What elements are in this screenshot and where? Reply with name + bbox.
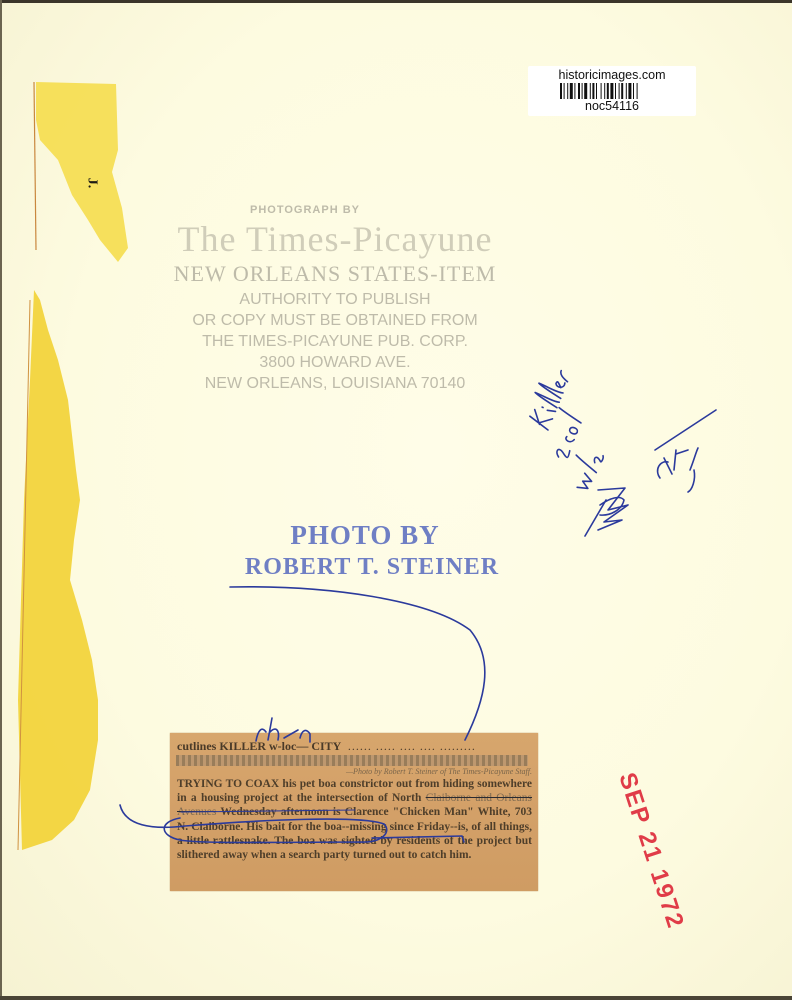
label-site: historicimages.com xyxy=(528,68,696,82)
photographer-stamp-label: PHOTO BY xyxy=(210,520,520,550)
handwriting-initials xyxy=(585,488,628,536)
yellow-tape-residue xyxy=(0,0,160,1000)
handwriting-city xyxy=(655,410,716,492)
archive-barcode-label: historicimages.com noc54116 xyxy=(528,66,696,116)
publisher-stamp-line: THE TIMES-PICAYUNE PUB. CORP. xyxy=(140,331,530,352)
publisher-stamp-masthead: The Times-Picayune xyxy=(140,220,530,258)
handwriting-2-col xyxy=(542,408,584,461)
caption-text: Wednesday afternoon is Clarence "Chicken… xyxy=(177,806,532,861)
clipping-photo-credit: —Photo by Robert T. Steiner of The Times… xyxy=(346,767,532,776)
clipping-header-text: cutlines KILLER w-loc— CITY xyxy=(177,739,341,753)
clipping-garbled-line xyxy=(176,755,528,766)
ink-curve xyxy=(230,587,485,740)
clipping-header: cutlines KILLER w-loc— CITY ...... .....… xyxy=(177,739,476,754)
publisher-stamp-line: AUTHORITY TO PUBLISH xyxy=(140,290,530,310)
publisher-stamp-line: OR COPY MUST BE OBTAINED FROM xyxy=(140,310,530,331)
publisher-stamp-line: PHOTOGRAPH BY xyxy=(80,204,530,216)
tape-mark: J. xyxy=(83,178,99,189)
publisher-stamp-line: NEW ORLEANS, LOUISIANA 70140 xyxy=(140,373,530,394)
photographer-stamp: PHOTO BY ROBERT T. STEINER xyxy=(240,520,520,582)
publisher-stamp: PHOTOGRAPH BY The Times-Picayune NEW ORL… xyxy=(140,204,530,394)
label-code: noc54116 xyxy=(528,99,696,113)
date-stamp: SEP 21 1972 xyxy=(612,769,697,958)
newspaper-clipping: cutlines KILLER w-loc— CITY ...... .....… xyxy=(170,733,538,891)
barcode-icon xyxy=(560,83,676,99)
publisher-stamp-line: 3800 HOWARD AVE. xyxy=(140,352,530,373)
clipping-header-dots: ...... ..... .... .... ......... xyxy=(348,739,476,753)
clipping-caption: TRYING TO COAX his pet boa constrictor o… xyxy=(177,777,532,862)
handwriting-killer xyxy=(524,365,571,430)
photo-back-sheet: J. historicimages.com noc54116 PHOTOGRAP… xyxy=(0,0,792,1000)
photographer-stamp-name: ROBERT T. STEINER xyxy=(224,552,520,582)
handwriting-w-loc xyxy=(563,444,605,492)
publisher-stamp-line: NEW ORLEANS STATES-ITEM xyxy=(140,262,530,286)
